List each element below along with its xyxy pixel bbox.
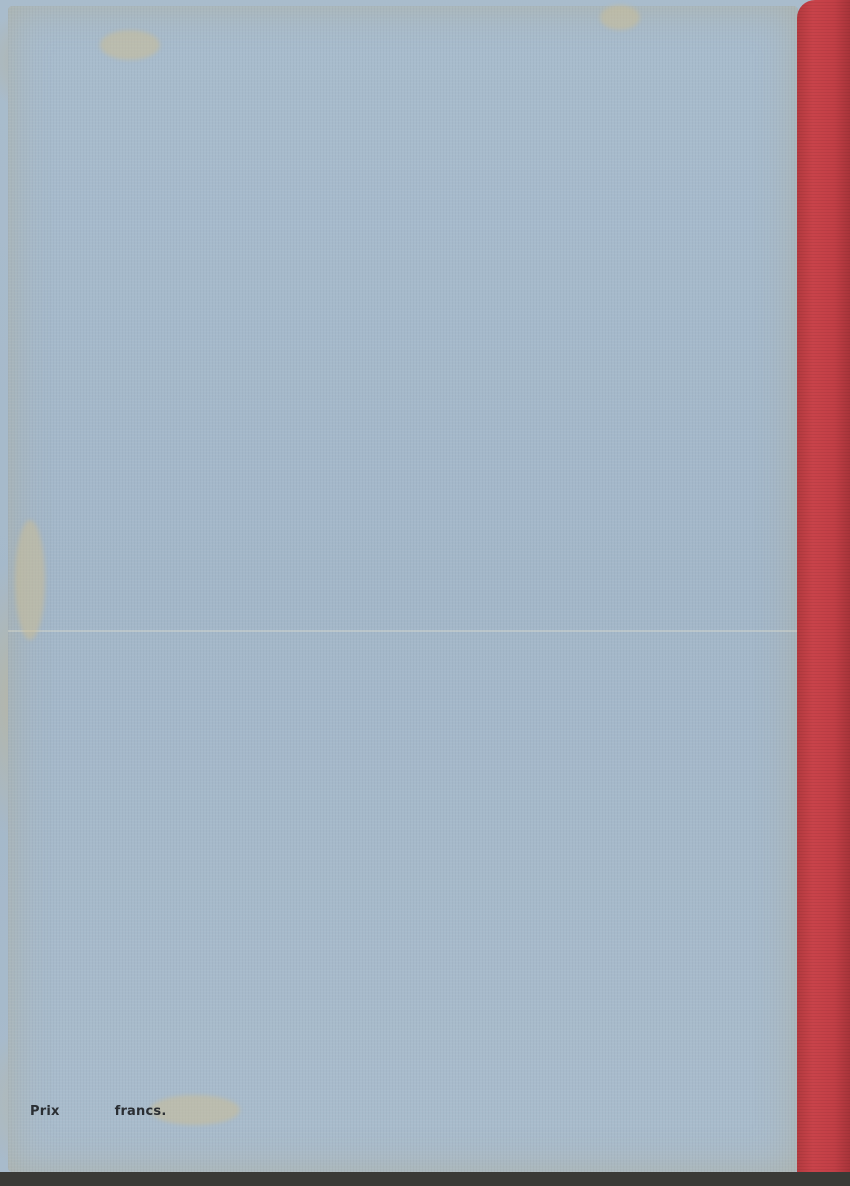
bottom-edge [0, 1172, 850, 1186]
wear-stain [15, 520, 45, 640]
wear-stain [100, 30, 160, 60]
wear-stain [600, 5, 640, 30]
price-suffix: francs. [115, 1104, 167, 1119]
price-label: Prixfrancs. [30, 1104, 166, 1119]
book-spine [797, 0, 850, 1176]
price-prefix: Prix [30, 1104, 60, 1119]
book-back-cover: Prixfrancs. [0, 0, 850, 1186]
fold-crease [8, 630, 798, 632]
cover-panel [8, 6, 798, 1172]
